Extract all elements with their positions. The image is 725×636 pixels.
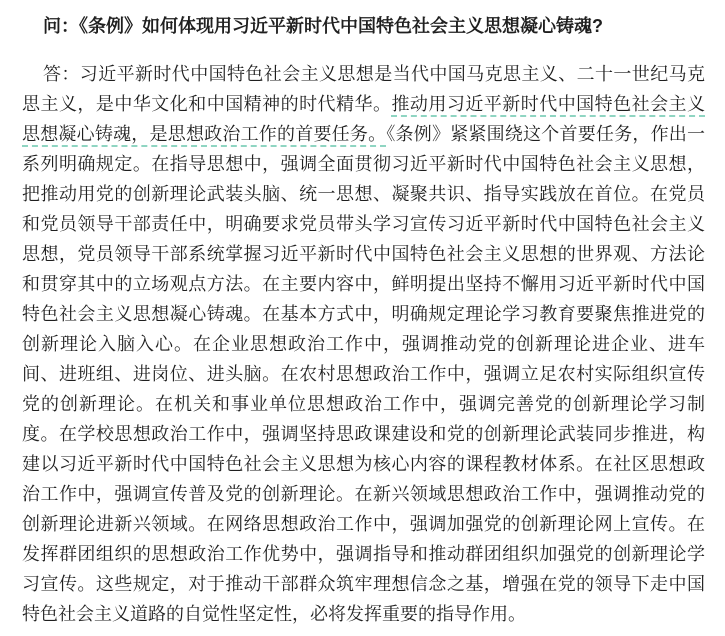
question-heading: 问：《条例》如何体现用习近平新时代中国特色社会主义思想凝心铸魂? (22, 11, 705, 41)
document-page: 问：《条例》如何体现用习近平新时代中国特色社会主义思想凝心铸魂? 答：习近平新时… (0, 0, 725, 636)
answer-text-segment: 《条例》紧紧围绕这个首要任务，作出一系列明确规定。在指导思想中，强调全面贯彻习近… (22, 124, 705, 624)
answer-paragraph: 答：习近平新时代中国特色社会主义思想是当代中国马克思主义、二十一世纪马克思主义，… (22, 59, 705, 629)
